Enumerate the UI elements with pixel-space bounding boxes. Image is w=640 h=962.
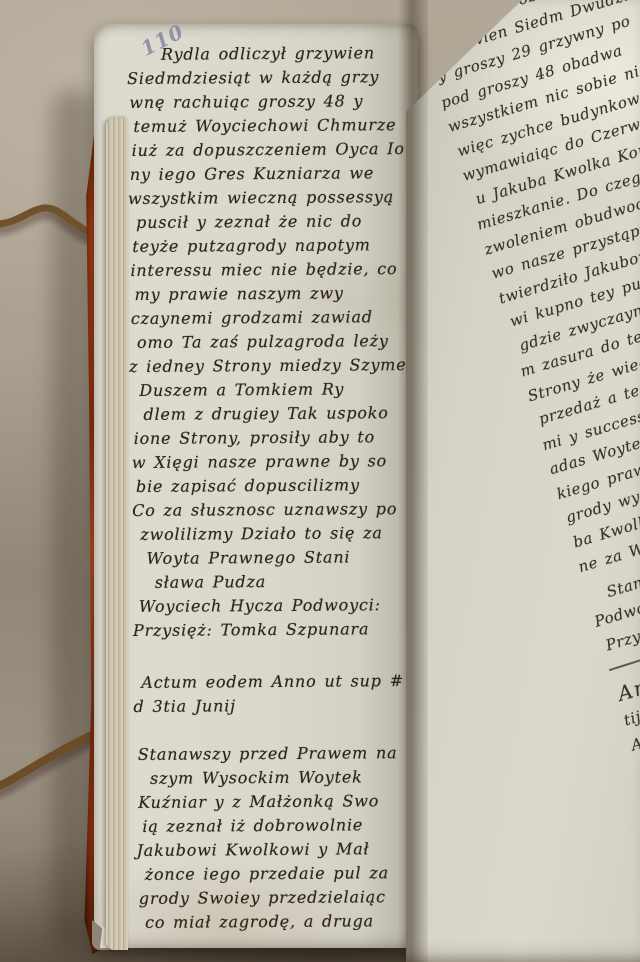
manuscript-line: czaynemi grodzami zawiad <box>131 305 411 331</box>
manuscript-line: teyże putzagrody napotym <box>132 233 410 259</box>
manuscript-line: w Xięgi nasze prawne by so <box>132 449 412 475</box>
right-page: potowe Sobiegrzywien Siedm Dwudziesy gro… <box>406 0 640 962</box>
manuscript-line: Woyciech Hycza Podwoyci: <box>139 593 413 619</box>
manuscript-photo: 110 Rydla odliczył grzywienSiedmdziesiąt… <box>0 0 640 962</box>
manuscript-line: interessu miec nie będzie, co <box>130 257 410 283</box>
manuscript-line: Co za słusznosc uznawszy po <box>132 497 412 523</box>
right-page-paper: potowe Sobiegrzywien Siedm Dwudziesy gro… <box>406 0 640 962</box>
manuscript-line: żonce iego przedaie pul za <box>145 861 415 887</box>
manuscript-line: Actum eodem Anno ut sup # <box>141 669 413 695</box>
manuscript-line: puscił y zeznał że nic do <box>136 209 410 235</box>
manuscript-line: szym Wysockim Woytek <box>150 765 414 791</box>
manuscript-line: ione Strony, prosiły aby to <box>134 425 412 451</box>
manuscript-line: ny iego Gres Kuzniarza we <box>130 161 410 187</box>
manuscript-line: Siedmdziesiąt w każdą grzy <box>127 65 409 91</box>
manuscript-line: ią zeznał iż dobrowolnie <box>142 813 414 839</box>
manuscript-line: d 3tia Junij <box>133 693 413 719</box>
manuscript-line: bie zapisać dopuscilizmy <box>136 473 412 499</box>
manuscript-line: iuż za dopuszczeniem Oyca Io <box>132 137 410 163</box>
manuscript-line: Przysięż: Tomka Szpunara <box>133 617 413 643</box>
manuscript-line: Duszem a Tomkiem Ry <box>139 377 411 403</box>
manuscript-line: co miał zagrodę, a druga <box>145 909 415 935</box>
manuscript-line: Rydla odliczył grzywien <box>161 41 409 67</box>
manuscript-line: wszystkim wieczną possessyą <box>128 185 410 211</box>
right-page-text: potowe Sobiegrzywien Siedm Dwudziesy gro… <box>416 0 640 939</box>
manuscript-line: Jakubowi Kwolkowi y Mał <box>136 837 414 863</box>
manuscript-line: wnę rachuiąc groszy 48 y <box>129 89 409 115</box>
manuscript-line: dlem z drugiey Tak uspoko <box>143 401 411 427</box>
manuscript-line: omo Ta zaś pulzagroda leży <box>137 329 411 355</box>
left-page-text: Rydla odliczył grzywienSiedmdziesiąt w k… <box>127 41 415 935</box>
manuscript-line: my prawie naszym zwy <box>135 281 411 307</box>
manuscript-line: Kuźniar y z Małżonką Swo <box>138 789 414 815</box>
manuscript-line: Woyta Prawnego Stani <box>146 545 412 571</box>
manuscript-line: zwolilizmy Działo to się za <box>140 521 412 547</box>
manuscript-line: z iedney Strony miedzy Szymek <box>129 353 411 379</box>
manuscript-line: grody Swoiey przedzielaiąc <box>139 885 415 911</box>
manuscript-line: Stanawszy przed Prawem na <box>138 741 414 767</box>
gutter-shadow <box>398 0 428 962</box>
left-page: 110 Rydla odliczył grzywienSiedmdziesiąt… <box>94 24 418 948</box>
manuscript-line: sława Pudza <box>155 569 413 595</box>
page-edge-stack <box>106 118 128 950</box>
manuscript-line: temuż Woyciechowi Chmurze <box>133 113 409 139</box>
